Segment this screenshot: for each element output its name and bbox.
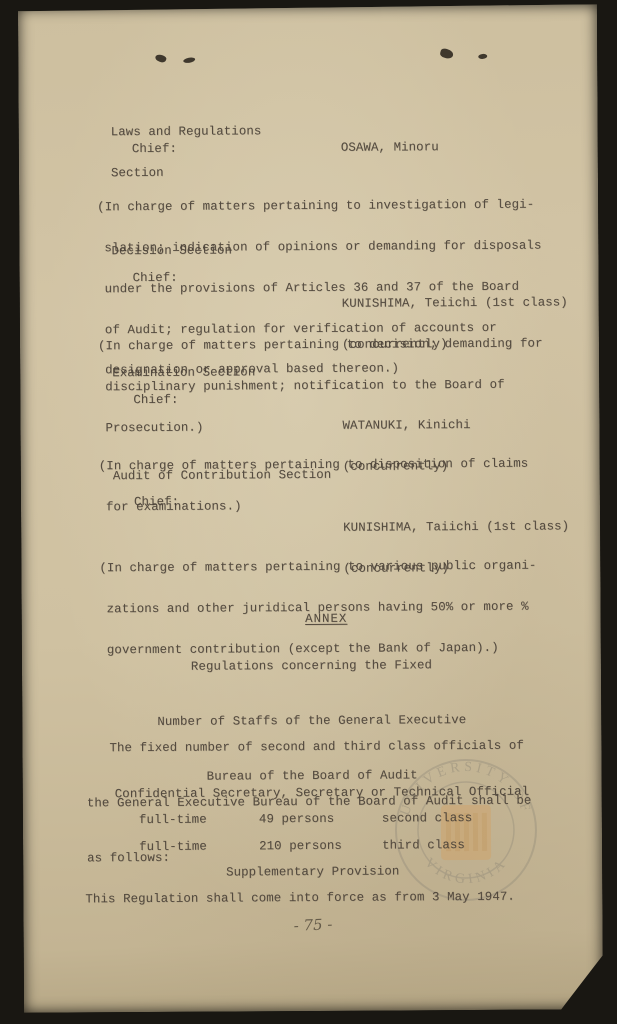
note-line: (In charge of matters pertaining to inve… — [97, 199, 541, 215]
staff-row-type: full-time — [139, 814, 207, 828]
paper-sheet: UNIVERSITY OF VIRGINIA Laws and Regulati… — [18, 4, 603, 1013]
note-line: (In charge of matters pertaining to deci… — [98, 338, 543, 354]
chief-label: Chief: — [132, 143, 177, 157]
ink-mark — [154, 53, 167, 63]
staff-row-class: second class — [382, 812, 473, 826]
staff-row-type: full-time — [139, 841, 207, 855]
chief-label: Chief: — [133, 394, 178, 408]
chief-label: Chief: — [134, 496, 179, 510]
chief-name: OSAWA, Minoru — [341, 141, 439, 155]
chief-label: Chief: — [133, 272, 178, 286]
ink-mark — [183, 57, 196, 64]
page-number: - 75 - — [23, 904, 602, 946]
scanned-document-page: { "sections": [ { "heading": ["Laws and … — [0, 0, 617, 1024]
staff-row-count: 49 persons — [259, 813, 334, 827]
ink-mark — [478, 54, 487, 60]
annex-heading-line: Regulations concerning the Fixed — [22, 651, 601, 682]
chief-name-line: KUNISHIMA, Teiichi (1st class) — [342, 297, 568, 312]
staff-heading: Confidential Secretary, Secretary or Tec… — [115, 786, 530, 802]
annex-body-line: The fixed number of second and third cla… — [86, 733, 531, 763]
staff-row-count: 210 persons — [259, 840, 342, 854]
section-heading-examination: Examination Section — [112, 366, 255, 380]
provision-text: This Regulation shall come into force as… — [85, 891, 515, 907]
annex-title-text: ANNEX — [305, 611, 347, 625]
ink-mark — [439, 48, 454, 60]
heading-line: Laws and Regulations — [111, 125, 262, 140]
staff-row-class: third class — [382, 839, 465, 853]
section-heading-audit-of-contribution: Audit of Contribution Section — [113, 469, 332, 484]
section-heading-decision: Decision Section — [111, 244, 232, 258]
note-line: (In charge of matters pertaining to vari… — [99, 560, 536, 576]
